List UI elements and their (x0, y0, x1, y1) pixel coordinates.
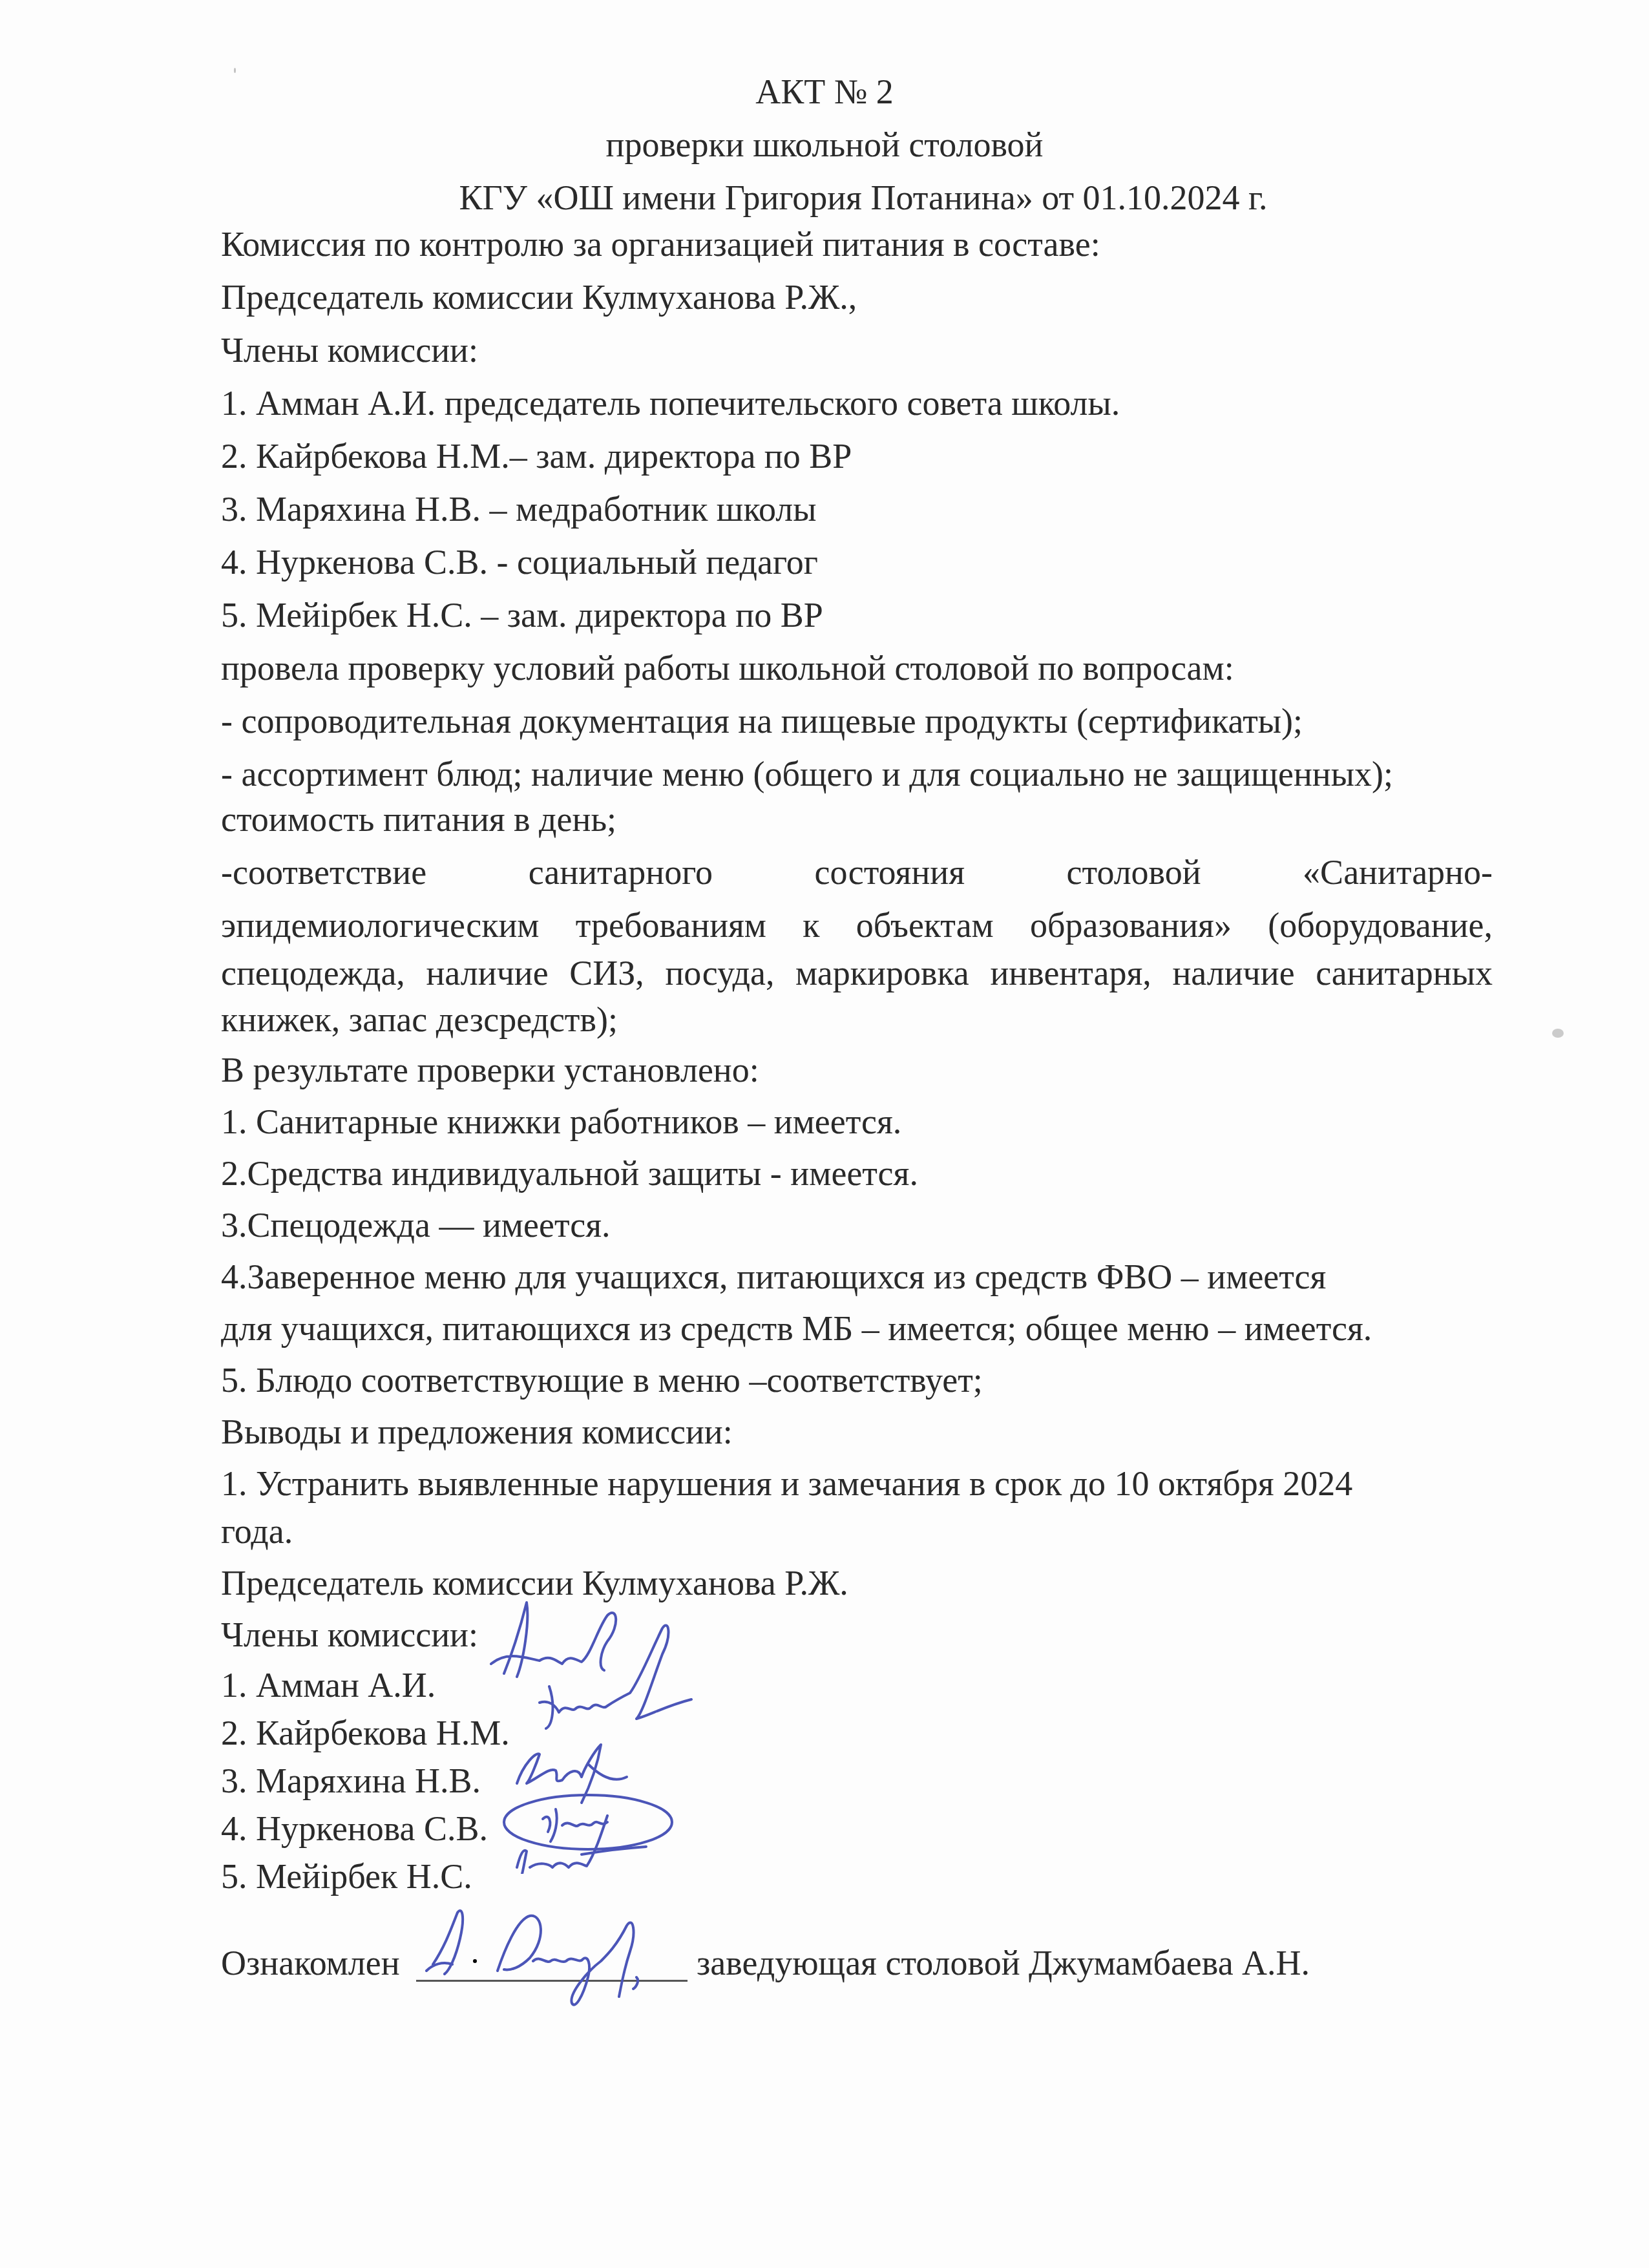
results-heading: В результате проверки установлено: (221, 1051, 759, 1089)
signature-member: 3. Маряхина Н.В. (221, 1761, 481, 1800)
scan-speck (234, 68, 236, 73)
conclusion-item: 1. Устранить выявленные нарушения и заме… (221, 1464, 1352, 1503)
signature-chairman-line: Председатель комиссии Кулмуханова Р.Ж. (221, 1564, 848, 1602)
result-item: 3.Спецодежда — имеется. (221, 1206, 611, 1244)
result-item: 4.Заверенное меню для учащихся, питающих… (221, 1257, 1326, 1296)
chairman-line: Председатель комиссии Кулмуханова Р.Ж., (221, 278, 857, 317)
signature-member: 2. Кайрбекова Н.М. (221, 1714, 510, 1752)
inspection-lead: провела проверку условий работы школьной… (221, 649, 1234, 688)
signature-members-heading: Члены комиссии: (221, 1615, 478, 1654)
handwritten-signature-canteen-head (414, 1900, 711, 2029)
signature-member: 4. Нуркенова С.В. (221, 1809, 488, 1848)
member-item: 1. Амман А.И. председатель попечительско… (221, 384, 1120, 423)
member-item: 3. Маряхина Н.В. – медработник школы (221, 490, 816, 529)
organization-line: КГУ «ОШ имени Григория Потанина» от 01.1… (39, 178, 1649, 217)
signature-member: 5. Мейірбек Н.С. (221, 1857, 472, 1896)
result-item: для учащихся, питающихся из средств МБ –… (221, 1309, 1372, 1348)
conclusion-item: года. (221, 1512, 293, 1551)
acknowledged-label: Ознакомлен (221, 1944, 400, 1982)
document-page: АКТ № 2 проверки школьной столовой КГУ «… (0, 0, 1649, 2268)
inspection-item: - ассортимент блюд; наличие меню (общего… (221, 755, 1393, 793)
signature-underline (416, 1980, 688, 1982)
inspection-item: эпидемиологическим требованиям к объекта… (221, 906, 1493, 945)
handwritten-signature-members (478, 1590, 814, 1874)
commission-line: Комиссия по контролю за организацией пит… (221, 225, 1100, 264)
inspection-item: - сопроводительная документация на пищев… (221, 702, 1303, 740)
signature-member: 1. Амман А.И. (221, 1666, 436, 1705)
member-item: 5. Мейірбек Н.С. – зам. директора по ВР (221, 596, 823, 635)
inspection-item: стоимость питания в день; (221, 800, 616, 839)
member-item: 4. Нуркенова С.В. - социальный педагог (221, 543, 818, 582)
conclusions-heading: Выводы и предложения комиссии: (221, 1412, 733, 1451)
document-subtitle: проверки школьной столовой (0, 125, 1649, 164)
result-item: 5. Блюдо соответствующие в меню –соответ… (221, 1361, 983, 1400)
scan-speck (1552, 1029, 1564, 1038)
document-title: АКТ № 2 (0, 72, 1649, 111)
result-item: 1. Санитарные книжки работников – имеетс… (221, 1102, 901, 1141)
inspection-item: -соответствие санитарного состояния стол… (221, 853, 1493, 892)
inspection-item: книжек, запас дезсредств); (221, 1000, 618, 1039)
acknowledged-person: заведующая столовой Джумамбаева А.Н. (697, 1944, 1310, 1982)
inspection-item: спецодежда, наличие СИЗ, посуда, маркиро… (221, 954, 1493, 992)
result-item: 2.Средства индивидуальной защиты - имеет… (221, 1154, 918, 1193)
members-heading: Члены комиссии: (221, 331, 478, 370)
member-item: 2. Кайрбекова Н.М.– зам. директора по ВР (221, 437, 852, 476)
